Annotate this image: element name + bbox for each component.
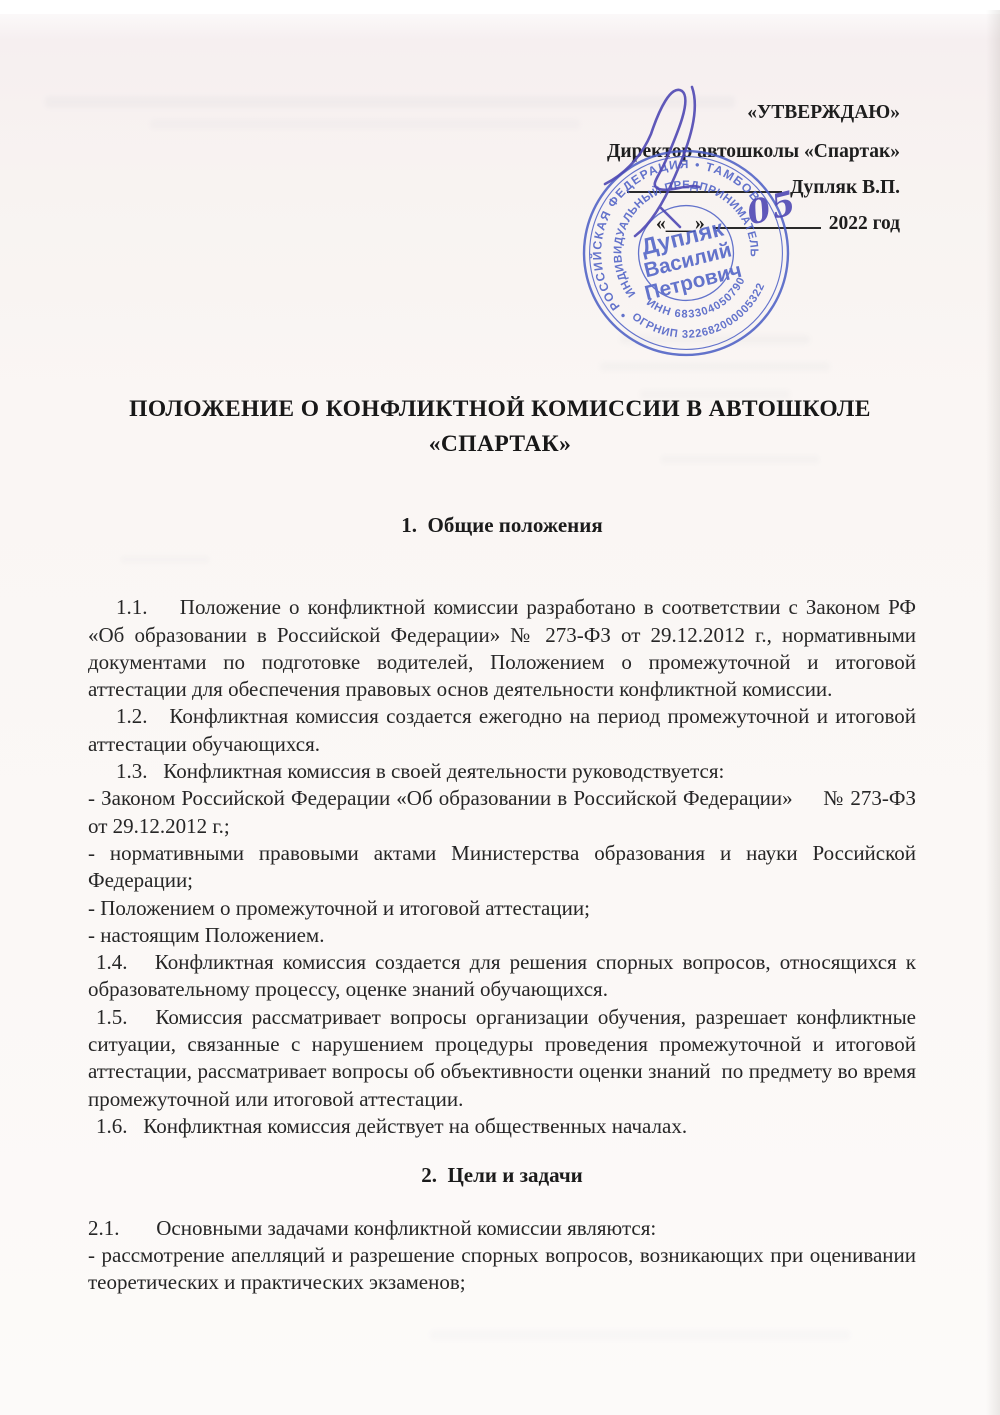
scanned-document-page: «УТВЕРЖДАЮ» Директор автошколы «Спартак»…	[0, 0, 1000, 1415]
date-year: 2022 год	[829, 213, 900, 234]
title-line-1: ПОЛОЖЕНИЕ О КОНФЛИКТНОЙ КОМИССИИ В АВТОШ…	[0, 392, 1000, 427]
paragraph-1-6: 1.6. Конфликтная комиссия действует на о…	[88, 1113, 916, 1140]
bullet-acts: - нормативными правовыми актами Министер…	[88, 840, 916, 895]
bullet-attestation: - Положением о промежуточной и итоговой …	[88, 895, 916, 922]
ghost-smudge	[150, 119, 580, 129]
paragraph-1-5: 1.5. Комиссия рассматривает вопросы орга…	[88, 1004, 916, 1113]
bullet-law: - Законом Российской Федерации «Об образ…	[88, 785, 916, 840]
bullet-present: - настоящим Положением.	[88, 922, 916, 949]
paragraph-2-1: 2.1. Основными задачами конфликтной коми…	[88, 1215, 916, 1242]
paragraph-1-3: 1.3. Конфликтная комиссия в своей деятел…	[88, 758, 916, 785]
paragraph-1-1: 1.1. Положение о конфликтной комиссии ра…	[88, 594, 916, 703]
bullet-appeals: - рассмотрение апелляций и разрешение сп…	[88, 1242, 916, 1297]
paragraph-1-4: 1.4. Конфликтная комиссия создается для …	[88, 949, 916, 1004]
paragraph-1-2: 1.2. Конфликтная комиссия создается ежег…	[88, 703, 916, 758]
ghost-smudge	[430, 1330, 850, 1340]
signer-name: Дупляк В.П.	[790, 177, 900, 198]
document-body: 1. Общие положения 1.1. Положение о конф…	[88, 512, 916, 1296]
scan-edge-right	[986, 10, 1000, 1415]
handwritten-signature	[545, 80, 775, 250]
document-title: ПОЛОЖЕНИЕ О КОНФЛИКТНОЙ КОМИССИИ В АВТОШ…	[0, 392, 1000, 462]
title-line-2: «СПАРТАК»	[0, 427, 1000, 462]
scan-edge-top	[0, 0, 1000, 14]
section-heading-2: 2. Цели и задачи	[88, 1162, 916, 1189]
section-heading-1: 1. Общие положения	[88, 512, 916, 539]
